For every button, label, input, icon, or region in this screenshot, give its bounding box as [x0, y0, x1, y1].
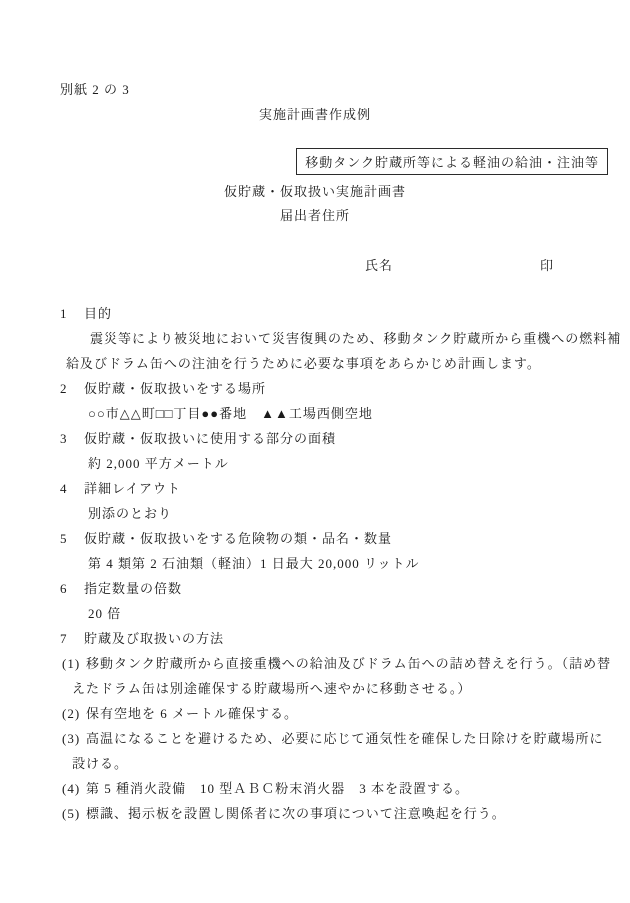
- document-page: 別紙 2 の 3 実施計画書作成例 移動タンク貯蔵所等による軽油の給油・注油等 …: [0, 0, 630, 903]
- method-item-number: (2): [62, 705, 80, 722]
- section-6-body-line: 20 倍: [0, 605, 630, 622]
- section-3-body-line: 約 2,000 平方メートル: [0, 455, 630, 472]
- line-text: 仮貯蔵・仮取扱いをする場所: [84, 380, 266, 397]
- method-item-number: (1): [62, 655, 80, 672]
- section-5-heading: 5仮貯蔵・仮取扱いをする危険物の類・品名・数量: [0, 530, 630, 547]
- attachment-corner-label: 別紙 2 の 3: [60, 79, 130, 98]
- line-text: 給及びドラム缶への注油を行うために必要な事項をあらかじめ計画します。: [66, 355, 541, 372]
- section-1-body-line: 震災等により被災地において災害復興のため、移動タンク貯蔵所から重機への燃料補: [0, 330, 630, 347]
- applicant-address-label: 届出者住所: [0, 205, 630, 224]
- line-text: 第 4 類第 2 石油類（軽油）1 日最大 20,000 リットル: [88, 555, 419, 572]
- method-item-2: (2)保有空地を 6 メートル確保する。: [0, 705, 630, 722]
- method-item-4: (4)第 5 種消火設備 10 型ＡＢＣ粉末消火器 3 本を設置する。: [0, 780, 630, 797]
- document-title: 実施計画書作成例: [0, 104, 630, 123]
- line-text: 目的: [84, 305, 112, 322]
- section-3-heading: 3仮貯蔵・仮取扱いに使用する部分の面積: [0, 430, 630, 447]
- line-text: 高温になることを避けるため、必要に応じて通気性を確保した日除けを貯蔵場所に: [86, 730, 603, 747]
- section-6-heading: 6指定数量の倍数: [0, 580, 630, 597]
- method-item-number: (5): [62, 805, 80, 822]
- line-text: 貯蔵及び取扱いの方法: [84, 630, 224, 647]
- section-number: 2: [60, 380, 68, 397]
- line-text: 保有空地を 6 メートル確保する。: [86, 705, 298, 722]
- section-number: 7: [60, 630, 68, 647]
- method-item-1-continuation: えたドラム缶は別途確保する貯蔵場所へ速やかに移動させる。）: [0, 680, 630, 697]
- scope-note-text: 移動タンク貯蔵所等による軽油の給油・注油等: [305, 155, 599, 170]
- method-item-number: (3): [62, 730, 80, 747]
- section-4-body-line: 別添のとおり: [0, 505, 630, 522]
- line-text: 指定数量の倍数: [84, 580, 182, 597]
- scope-note-box: 移動タンク貯蔵所等による軽油の給油・注油等: [296, 148, 608, 175]
- section-2-heading: 2仮貯蔵・仮取扱いをする場所: [0, 380, 630, 397]
- method-item-3-continuation: 設ける。: [0, 755, 630, 772]
- line-text: 移動タンク貯蔵所から直接重機への給油及びドラム缶への詰め替えを行う。（詰め替: [86, 655, 611, 672]
- section-1-body-line: 給及びドラム缶への注油を行うために必要な事項をあらかじめ計画します。: [0, 355, 630, 372]
- method-item-1: (1)移動タンク貯蔵所から直接重機への給油及びドラム缶への詰め替えを行う。（詰め…: [0, 655, 630, 672]
- line-text: 詳細レイアウト: [84, 480, 181, 497]
- section-7-heading: 7貯蔵及び取扱いの方法: [0, 630, 630, 647]
- method-item-5: (5)標識、掲示板を設置し関係者に次の事項について注意喚起を行う。: [0, 805, 630, 822]
- name-label: 氏名: [365, 255, 393, 274]
- seal-label: 印: [540, 255, 554, 274]
- section-number: 3: [60, 430, 68, 447]
- section-5-body-line: 第 4 類第 2 石油類（軽油）1 日最大 20,000 リットル: [0, 555, 630, 572]
- line-text: 設ける。: [72, 755, 128, 772]
- document-subtitle: 仮貯蔵・仮取扱い実施計画書: [0, 181, 630, 200]
- section-number: 6: [60, 580, 68, 597]
- method-item-number: (4): [62, 780, 80, 797]
- line-text: 第 5 種消火設備 10 型ＡＢＣ粉末消火器 3 本を設置する。: [86, 780, 469, 797]
- section-1-heading: 1目的: [0, 305, 630, 322]
- line-text: 約 2,000 平方メートル: [88, 455, 229, 472]
- method-item-3: (3)高温になることを避けるため、必要に応じて通気性を確保した日除けを貯蔵場所に: [0, 730, 630, 747]
- section-number: 1: [60, 305, 68, 322]
- section-number: 4: [60, 480, 68, 497]
- line-text: 別添のとおり: [88, 505, 172, 522]
- line-text: 標識、掲示板を設置し関係者に次の事項について注意喚起を行う。: [86, 805, 506, 822]
- section-number: 5: [60, 530, 68, 547]
- line-text: えたドラム缶は別途確保する貯蔵場所へ速やかに移動させる。）: [72, 680, 471, 697]
- line-text: 震災等により被災地において災害復興のため、移動タンク貯蔵所から重機への燃料補: [90, 330, 621, 347]
- section-2-body-line: ○○市△△町□□丁目●●番地 ▲▲工場西側空地: [0, 405, 630, 422]
- line-text: 20 倍: [88, 605, 121, 622]
- line-text: 仮貯蔵・仮取扱いに使用する部分の面積: [84, 430, 336, 447]
- line-text: ○○市△△町□□丁目●●番地 ▲▲工場西側空地: [88, 405, 373, 422]
- line-text: 仮貯蔵・仮取扱いをする危険物の類・品名・数量: [84, 530, 392, 547]
- section-4-heading: 4詳細レイアウト: [0, 480, 630, 497]
